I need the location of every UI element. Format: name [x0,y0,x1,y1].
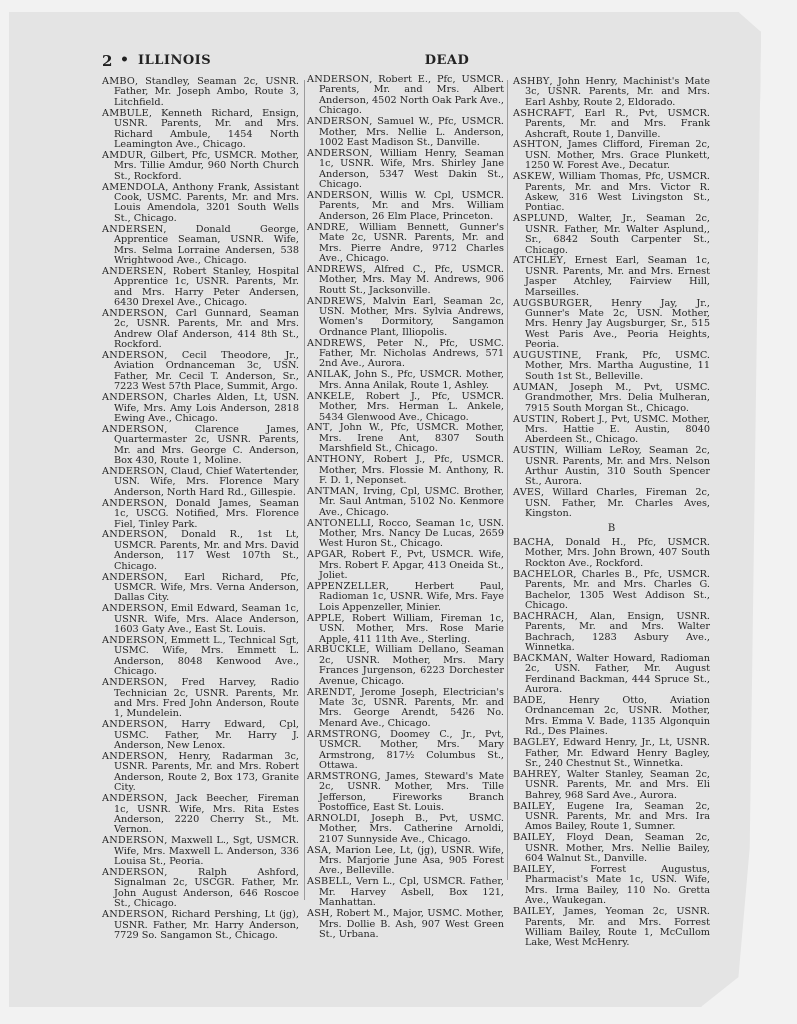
casualty-entry: AMBULE, Kenneth Richard, Ensign, USNR. P… [102,109,299,151]
casualty-entry: ANDERSON, Maxwell L., Sgt, USMCR. Wife, … [102,836,299,867]
casualty-entry: ANDRE, William Bennett, Gunner's Mate 2c… [307,223,504,265]
entry-surname: ANDERSON [102,719,164,730]
entry-surname: APGAR [307,549,344,560]
entry-surname: ANDERSON [102,603,164,614]
entry-surname: AMENDOLA [102,182,165,193]
entry-surname: ANDERSON [307,116,369,127]
entry-details: , Robert William, Fireman 1c, USN. Mothe… [319,613,504,645]
entry-details: , Willard Charles, Fireman 2c, USN. Fath… [525,487,710,519]
state-title: ILLINOIS [138,53,211,68]
casualty-entry: APGAR, Robert F., Pvt, USMCR. Wife, Mrs.… [307,550,504,581]
entry-details: , John W., Pfc, USMCR. Mother, Mrs. Iren… [319,422,504,454]
casualty-entry: BAILEY, Forrest Augustus, Pharmacist's M… [513,865,710,907]
casualty-entry: ARNOLDI, Joseph B., Pvt, USMC. Mother, M… [307,814,504,845]
casualty-entry: ANDERSON, Ralph Ashford, Signalman 2c, U… [102,868,299,910]
entry-surname: BAHREY [513,769,558,780]
entry-surname: ANDERSEN [102,266,163,277]
casualty-entry: ANDERSON, Fred Harvey, Radio Technician … [102,678,299,720]
casualty-entry: ANTHONY, Robert J., Pfc, USMCR. Mother, … [307,455,504,486]
entry-surname: ARMSTRONG [307,729,378,740]
entry-surname: AMBO [102,76,135,87]
entry-details: , Floyd Dean, Seaman 2c, USNR. Mother, M… [525,832,710,864]
casualty-entry: ANDREWS, Alfred C., Pfc, USMCR. Mother, … [307,265,504,296]
entry-details: , Robert M., Major, USMC. Mother, Mrs. D… [319,908,504,940]
entry-surname: AUMAN [513,382,555,393]
entry-surname: ANDERSON [102,466,164,477]
casualty-entry: AUGUSTINE, Frank, Pfc, USMC. Mother, Mrs… [513,351,710,382]
casualty-entry: ANDERSON, Earl Richard, Pfc, USMCR. Wife… [102,573,299,604]
entry-surname: ANDERSON [102,793,164,804]
column-3-b-entries: BACHA, Donald H., Pfc, USMCR. Mother, Mr… [513,538,710,949]
entry-details: , William Bennett, Gunner's Mate 2c, USN… [319,222,504,264]
entry-surname: AMDUR [102,150,143,161]
casualty-entry: BAHREY, Walter Stanley, Seaman 2c, USNR.… [513,770,710,801]
entry-surname: ANDERSON [102,424,164,435]
entry-surname: BACKMAN [513,653,569,664]
casualty-entry: ANDERSON, Jack Beecher, Fireman 1c, USNR… [102,794,299,836]
entry-surname: BAILEY [513,801,552,812]
entry-surname: ARENDT [307,687,352,698]
entry-surname: ANDERSON [102,529,164,540]
entry-surname: ASHBY [513,76,549,87]
casualty-entry: APPLE, Robert William, Fireman 1c, USN. … [307,614,504,645]
entry-surname: ANDERSON [307,190,369,201]
entry-surname: ARBUCKLE [307,644,366,655]
casualty-entry: ASA, Marion Lee, Lt, (jg), USNR. Wife, M… [307,846,504,877]
entry-surname: ASHCRAFT [513,108,572,119]
entry-surname: BACHA [513,537,551,548]
entry-surname: ANDERSON [102,835,164,846]
casualty-entry: ANDERSEN, Donald George, Apprentice Seam… [102,225,299,267]
entry-surname: ANDERSON [102,572,164,583]
entry-surname: AMBULE [102,108,149,119]
casualty-entry: AUSTIN, William LeRoy, Seaman 2c, USNR. … [513,446,710,488]
entry-details: , John Henry, Machinist's Mate 3c, USNR.… [525,76,710,108]
entry-surname: ANT [307,422,330,433]
casualty-entry: ANDERSON, Claud, Chief Watertender, USN.… [102,467,299,498]
casualty-entry: ANDERSON, Henry, Radarman 3c, USNR. Pare… [102,752,299,794]
entry-surname: ASBELL [307,876,349,887]
casualty-entry: ANDREWS, Peter N., Pfc, USMC. Father, Mr… [307,339,504,370]
casualty-entry: AUMAN, Joseph M., Pvt, USMC. Grandmother… [513,383,710,414]
casualty-entry: ANDERSON, Charles Alden, Lt, USN. Wife, … [102,393,299,424]
casualty-entry: ANTMAN, Irving, Cpl, USMC. Brother, Mr. … [307,487,504,518]
casualty-entry: BACHELOR, Charles B., Pfc, USMCR. Parent… [513,570,710,612]
entry-surname: ARMSTRONG [307,771,378,782]
casualty-entry: ASKEW, William Thomas, Pfc, USMCR. Paren… [513,172,710,214]
column-divider [507,80,508,880]
page-number: 2 [102,52,112,70]
entry-details: , Eugene Ira, Seaman 2c, USNR. Parents, … [525,801,710,833]
casualty-entry: ASHCRAFT, Earl R., Pvt, USMCR. Parents, … [513,109,710,140]
entry-surname: BACHRACH [513,611,575,622]
entry-surname: ANDREWS [307,264,363,275]
casualty-entry: ANDREWS, Malvin Earl, Seaman 2c, USN. Mo… [307,297,504,339]
casualty-entry: BACHA, Donald H., Pfc, USMCR. Mother, Mr… [513,538,710,569]
entry-surname: AUSTIN [513,445,555,456]
column-1: AMBO, Standley, Seaman 2c, USNR. Father,… [102,77,299,942]
entry-surname: ASHTON [513,139,559,150]
casualty-entry: BAGLEY, Edward Henry, Jr., Lt, USNR. Fat… [513,738,710,769]
casualty-entry: ARENDT, Jerome Joseph, Electrician's Mat… [307,688,504,730]
entry-surname: ASPLUND [513,213,565,224]
casualty-entry: ANDERSON, Richard Pershing, Lt (jg), USN… [102,910,299,941]
casualty-entry: AVES, Willard Charles, Fireman 2c, USN. … [513,488,710,519]
page-header: 2 • ILLINOIS DEAD [102,52,712,72]
casualty-entry: AMDUR, Gilbert, Pfc, USMCR. Mother, Mrs.… [102,151,299,182]
casualty-entry: ASH, Robert M., Major, USMC. Mother, Mrs… [307,909,504,940]
entry-details: , Henry Otto, Aviation Ordnanceman 2c, U… [525,695,710,737]
casualty-entry: ANKELE, Robert J., Pfc, USMCR. Mother, M… [307,392,504,423]
casualty-entry: ANDERSON, Donald James, Seaman 1c, USCG.… [102,499,299,530]
casualty-entry: ANDERSON, Donald R., 1st Lt, USMCR. Pare… [102,530,299,572]
entry-details: , James, Yeoman 2c, USNR. Parents, Mr. a… [525,906,710,948]
casualty-entry: ANDERSON, Carl Gunnard, Seaman 2c, USNR.… [102,309,299,351]
entry-surname: ANDRE [307,222,346,233]
entry-surname: APPENZELLER [307,581,386,592]
section-title: DEAD [382,53,512,68]
entry-details: , Donald H., Pfc, USMCR. Mother, Mrs. Jo… [525,537,710,569]
casualty-entry: ARMSTRONG, James, Steward's Mate 2c, USN… [307,772,504,814]
casualty-entry: BADE, Henry Otto, Aviation Ordnanceman 2… [513,696,710,738]
casualty-entry: ANDERSON, Cecil Theodore, Jr., Aviation … [102,351,299,393]
entry-surname: ANDERSON [102,350,164,361]
casualty-entry: ANILAK, John S., Pfc, USMCR. Mother, Mrs… [307,370,504,391]
entry-surname: ASKEW [513,171,552,182]
entry-details: , Marion Lee, Lt, (jg), USNR. Wife, Mrs.… [319,845,504,877]
casualty-entry: ANDERSON, William Henry, Seaman 1c, USNR… [307,149,504,191]
entry-surname: BAILEY [513,832,552,843]
entry-surname: ANDERSON [102,392,164,403]
entry-surname: ATCHLEY [513,255,563,266]
letter-heading: B [513,524,710,534]
entry-surname: ANILAK [307,369,348,380]
casualty-entry: ARBUCKLE, William Dellano, Seaman 2c, US… [307,645,504,687]
entry-surname: ANTMAN [307,486,356,497]
entry-details: , Robert F., Pvt, USMCR. Wife, Mrs. Robe… [319,549,504,581]
casualty-entry: ASBELL, Vern L., Cpl, USMCR. Father, Mr.… [307,877,504,908]
casualty-entry: BACKMAN, Walter Howard, Radioman 2c, USN… [513,654,710,696]
casualty-entry: ANDERSON, Emmett L., Technical Sgt, USMC… [102,636,299,678]
entry-surname: AUSTIN [513,414,555,425]
casualty-entry: ASPLUND, Walter, Jr., Seaman 2c, USNR. F… [513,214,710,256]
entry-surname: ANDERSON [307,148,369,159]
entry-surname: APPLE [307,613,342,624]
casualty-entry: ANDERSON, Willis W. Cpl, USMCR. Parents,… [307,191,504,222]
casualty-entry: APPENZELLER, Herbert Paul, Radioman 1c, … [307,582,504,613]
entry-details: , William Thomas, Pfc, USMCR. Parents, M… [525,171,710,213]
entry-surname: ANDERSON [102,909,164,920]
column-divider [304,80,305,900]
entry-surname: ANDERSON [102,498,164,509]
entry-surname: ANDERSON [102,867,164,878]
entry-surname: AUGSBURGER [513,298,589,309]
entry-surname: ANDERSON [102,751,164,762]
casualty-entry: BACHRACH, Alan, Ensign, USNR. Parents, M… [513,612,710,654]
entry-surname: ASA [307,845,328,856]
entry-surname: ANTONELLI [307,518,371,529]
casualty-entry: AUGSBURGER, Henry Jay, Jr., Gunner's Mat… [513,299,710,351]
casualty-entry: BAILEY, James, Yeoman 2c, USNR. Parents,… [513,907,710,949]
casualty-entry: BAILEY, Floyd Dean, Seaman 2c, USNR. Mot… [513,833,710,864]
entry-surname: ANKELE [307,391,352,402]
entry-surname: BADE [513,695,543,706]
casualty-entry: ANDERSON, Robert E., Pfc, USMCR. Parents… [307,75,504,117]
entry-surname: AVES [513,487,541,498]
casualty-entry: AMENDOLA, Anthony Frank, Assistant Cook,… [102,183,299,225]
entry-surname: ANDREWS [307,296,363,307]
entry-surname: BAGLEY [513,737,556,748]
column-2: ANDERSON, Robert E., Pfc, USMCR. Parents… [307,75,504,941]
column-3: ASHBY, John Henry, Machinist's Mate 3c, … [513,77,710,949]
entry-surname: ANDERSON [102,308,164,319]
entry-surname: ARNOLDI [307,813,357,824]
entry-details: , Forrest Augustus, Pharmacist's Mate 1c… [525,864,710,906]
entry-surname: ANDREWS [307,338,363,349]
casualty-entry: ANDERSON, Emil Edward, Seaman 1c, USNR. … [102,604,299,635]
casualty-entry: ATCHLEY, Ernest Earl, Seaman 1c, USNR. P… [513,256,710,298]
entry-surname: ANDERSON [307,74,369,85]
casualty-entry: ARMSTRONG, Doomey C., Jr., Pvt, USMCR. M… [307,730,504,772]
casualty-entry: ANT, John W., Pfc, USMCR. Mother, Mrs. I… [307,423,504,454]
casualty-entry: ANDERSON, Clarence James, Quartermaster … [102,425,299,467]
entry-surname: ANDERSON [102,635,164,646]
entry-surname: ANDERSON [102,677,164,688]
casualty-entry: ASHTON, James Clifford, Fireman 2c, USN.… [513,140,710,171]
casualty-entry: ANDERSON, Samuel W., Pfc, USMCR. Mother,… [307,117,504,148]
column-3-a-entries: ASHBY, John Henry, Machinist's Mate 3c, … [513,77,710,520]
casualty-entry: BAILEY, Eugene Ira, Seaman 2c, USNR. Par… [513,802,710,833]
entry-surname: BAILEY [513,906,552,917]
entry-surname: ASH [307,908,330,919]
entry-surname: AUGUSTINE [513,350,578,361]
entry-details: , Standley, Seaman 2c, USNR. Father, Mr.… [114,76,299,108]
casualty-entry: AUSTIN, Robert J., Pvt, USMC. Mother, Mr… [513,415,710,446]
entry-surname: BAILEY [513,864,552,875]
entry-surname: BACHELOR [513,569,573,580]
casualty-entry: AMBO, Standley, Seaman 2c, USNR. Father,… [102,77,299,108]
entry-surname: ANTHONY [307,454,362,465]
entry-surname: ANDERSEN [102,224,163,235]
casualty-entry: ASHBY, John Henry, Machinist's Mate 3c, … [513,77,710,108]
bullet-separator: • [120,52,129,68]
casualty-entry: ANTONELLI, Rocco, Seaman 1c, USN. Mother… [307,519,504,550]
casualty-entry: ANDERSEN, Robert Stanley, Hospital Appre… [102,267,299,309]
casualty-entry: ANDERSON, Harry Edward, Cpl, USMC. Fathe… [102,720,299,751]
